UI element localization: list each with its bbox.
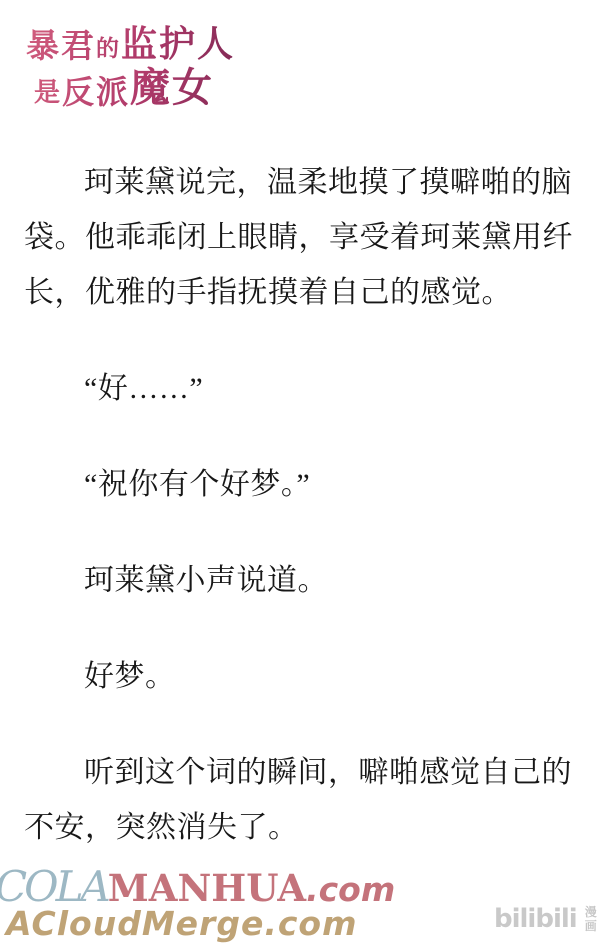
text-line: 好梦。 xyxy=(24,649,580,704)
text-line: 袋。他乖乖闭上眼睛，享受着珂莱黛用纤 xyxy=(24,210,580,265)
paragraph: 珂莱黛说完，温柔地摸了摸噼啪的脑 袋。他乖乖闭上眼睛，享受着珂莱黛用纤 长，优雅… xyxy=(24,155,580,320)
logo-text-part: 暴君 xyxy=(26,29,96,62)
bilibili-badge-char: 漫 xyxy=(585,905,597,919)
text-line: 听到这个词的瞬间，噼啪感觉自己的 xyxy=(24,745,580,800)
text-line: 珂莱黛说完，温柔地摸了摸噼啪的脑 xyxy=(24,155,580,210)
text-line: “祝你有个好梦。” xyxy=(24,457,580,512)
watermark-bilibili: bilibili 漫 画 xyxy=(494,903,600,935)
watermark-colamanhua-line: COLAMANHUA.com xyxy=(0,867,395,907)
logo-text-part: 是 xyxy=(34,80,62,108)
story-text: 珂莱黛说完，温柔地摸了摸噼啪的脑 袋。他乖乖闭上眼睛，享受着珂莱黛用纤 长，优雅… xyxy=(24,155,580,896)
bilibili-logo-text: bilibili xyxy=(494,904,577,934)
paragraph: 好梦。 xyxy=(24,649,580,704)
logo-text-part: 监护人 xyxy=(121,26,235,62)
logo-text-part: 反派 xyxy=(62,76,130,108)
series-title-logo: 暴君 的 监护人 是 反派 魔女 xyxy=(26,12,235,108)
bilibili-badge-char: 画 xyxy=(585,919,597,933)
comic-text-page: 暴君 的 监护人 是 反派 魔女 珂莱黛说完，温柔地摸了摸噼啪的脑 袋。他乖乖闭… xyxy=(0,0,600,949)
logo-line-1: 暴君 的 监护人 xyxy=(26,12,235,62)
paragraph: “好……” xyxy=(24,361,580,416)
logo-text-part: 的 xyxy=(96,37,121,62)
watermark-acloudmerge-text: ACloudMerge.com xyxy=(6,907,395,941)
logo-text-part: 魔女 xyxy=(130,68,214,108)
text-line: 长，优雅的手指抚摸着自己的感觉。 xyxy=(24,265,580,320)
paragraph: “祝你有个好梦。” xyxy=(24,457,580,512)
paragraph: 珂莱黛小声说道。 xyxy=(24,553,580,608)
text-line: 珂莱黛小声说道。 xyxy=(24,553,580,608)
text-line: 不安，突然消失了。 xyxy=(24,800,580,855)
text-line: “好……” xyxy=(24,361,580,416)
logo-line-2: 是 反派 魔女 xyxy=(26,62,235,108)
watermark-colamanhua: COLAMANHUA.com ACloudMerge.com xyxy=(0,867,395,941)
paragraph: 听到这个词的瞬间，噼啪感觉自己的 不安，突然消失了。 xyxy=(24,745,580,855)
bilibili-manga-badge-icon: 漫 画 xyxy=(581,903,600,935)
